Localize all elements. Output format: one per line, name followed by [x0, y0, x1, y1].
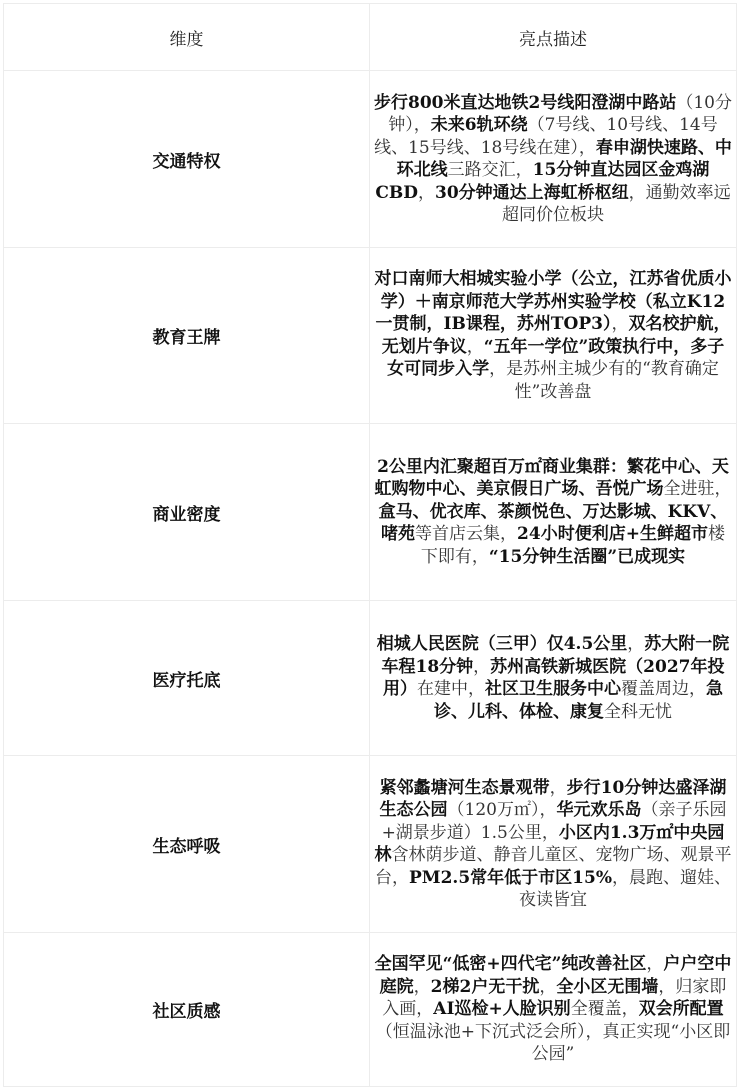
dimension-cell: 医疗托底 [4, 601, 370, 756]
body-text: ，是苏州主城少有的“教育确定性”改善盘 [489, 359, 719, 402]
description-cell: 相城人民医院（三甲）仅4.5公里，苏大附一院车程18分钟，苏州高铁新城医院（20… [370, 601, 737, 756]
body-text: ， [550, 778, 567, 798]
body-text: 三路交汇， [448, 160, 533, 180]
highlight-text: 社区卫生服务中心 [485, 679, 621, 699]
body-text: （120万㎡）， [448, 800, 557, 820]
highlight-text: 双会所配置 [639, 999, 724, 1019]
highlights-table: 维度 亮点描述 交通特权 步行800米直达地铁2号线阳澄湖中路站（10分钟），未… [3, 3, 737, 1087]
table-row: 交通特权 步行800米直达地铁2号线阳澄湖中路站（10分钟），未来6轨环绕（7号… [4, 71, 737, 248]
body-text: 全科无忧 [604, 702, 672, 722]
table-row: 生态呼吸 紧邻蠡塘河生态景观带，步行10分钟达盛泽湖生态公园（120万㎡），华元… [4, 756, 737, 933]
highlight-text: 全国罕见“低密+四代宅”纯改善社区 [375, 954, 647, 974]
body-text: ， [611, 314, 628, 334]
description-cell: 紧邻蠡塘河生态景观带，步行10分钟达盛泽湖生态公园（120万㎡），华元欢乐岛（亲… [370, 756, 737, 933]
highlight-text: 紧邻蠡塘河生态景观带 [380, 778, 550, 798]
dimension-cell: 社区质感 [4, 933, 370, 1087]
highlight-text: 相城人民医院（三甲）仅4.5公里 [377, 634, 628, 654]
body-text: ， [418, 183, 435, 203]
highlight-text: 24小时便利店+生鲜超市 [517, 524, 708, 544]
description-cell: 全国罕见“低密+四代宅”纯改善社区，户户空中庭院，2梯2户无干扰，全小区无围墙，… [370, 933, 737, 1087]
body-text: ， [627, 634, 644, 654]
body-text: ， [473, 657, 490, 677]
body-text: （恒温泳池+下沉式泛会所），真正实现“小区即公园” [376, 1022, 730, 1065]
table-header-row: 维度 亮点描述 [4, 4, 737, 71]
table-row: 医疗托底 相城人民医院（三甲）仅4.5公里，苏大附一院车程18分钟，苏州高铁新城… [4, 601, 737, 756]
highlight-text: 步行800米直达地铁2号线阳澄湖中路站 [374, 93, 676, 113]
table-row: 教育王牌 对口南师大相城实验小学（公立，江苏省优质小学）＋南京师范大学苏州实验学… [4, 248, 737, 424]
body-text: ， [646, 954, 663, 974]
highlight-text: 华元欢乐岛 [556, 800, 641, 820]
body-text: 在建中， [417, 679, 485, 699]
table-row: 社区质感 全国罕见“低密+四代宅”纯改善社区，户户空中庭院，2梯2户无干扰，全小… [4, 933, 737, 1087]
description-cell: 步行800米直达地铁2号线阳澄湖中路站（10分钟），未来6轨环绕（7号线、10号… [370, 71, 737, 248]
body-text: ， [539, 977, 556, 997]
dimension-cell: 商业密度 [4, 424, 370, 601]
dimension-cell: 交通特权 [4, 71, 370, 248]
highlight-text: 30分钟通达上海虹桥枢纽 [435, 183, 629, 203]
description-cell: 对口南师大相城实验小学（公立，江苏省优质小学）＋南京师范大学苏州实验学校（私立K… [370, 248, 737, 424]
highlight-text: PM2.5常年低于市区15% [409, 868, 612, 888]
body-text: 等首店云集， [415, 524, 517, 544]
body-text: 全覆盖， [571, 999, 639, 1019]
highlight-text: AI巡检+人脸识别 [433, 999, 570, 1019]
description-cell: 2公里内汇聚超百万㎡商业集群：繁花中心、天虹购物中心、美京假日广场、吾悦广场全进… [370, 424, 737, 601]
body-text: ， [467, 337, 484, 357]
body-text: 覆盖周边， [621, 679, 706, 699]
highlight-text: 未来6轨环绕 [431, 115, 528, 135]
table-row: 商业密度 2公里内汇聚超百万㎡商业集群：繁花中心、天虹购物中心、美京假日广场、吾… [4, 424, 737, 601]
dimension-cell: 教育王牌 [4, 248, 370, 424]
highlight-text: 全小区无围墙 [556, 977, 658, 997]
dimension-cell: 生态呼吸 [4, 756, 370, 933]
header-description: 亮点描述 [370, 4, 737, 71]
header-dimension: 维度 [4, 4, 370, 71]
highlight-text: 2梯2户无干扰 [431, 977, 540, 997]
body-text: ， [414, 977, 431, 997]
body-text: 全进驻， [664, 479, 732, 499]
highlight-text: “15分钟生活圈”已成现实 [489, 547, 685, 567]
